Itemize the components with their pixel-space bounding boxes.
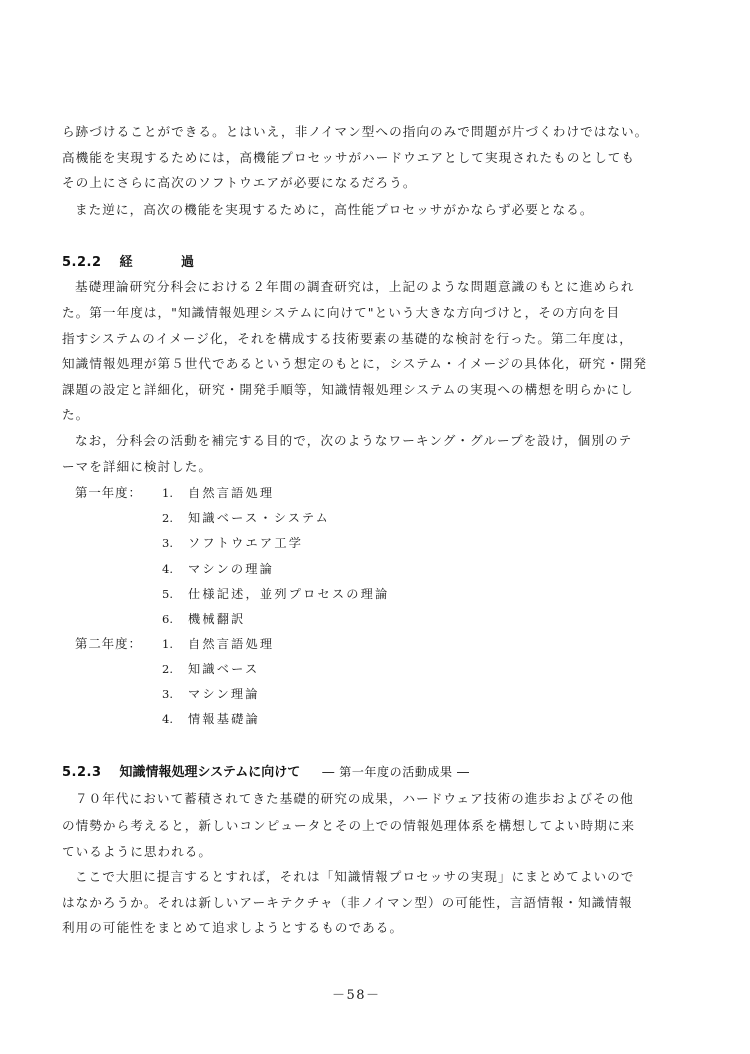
page-number: －58－ [332, 984, 381, 1003]
body-text-line: た。 [62, 407, 637, 423]
body-text-line: ーマを詳細に検討した。 [62, 459, 637, 475]
section-number: 5.2.2 [62, 255, 102, 270]
body-text-line: 課題の設定と詳細化，研究・開発手順等，知識情報処理システムの実現への構想を明らか… [62, 382, 637, 398]
body-text-line: ここで大胆に提言するとすれば，それは「知識情報プロセッサの実現」にまとめてよいの… [75, 869, 650, 885]
body-text-line: ら跡づけることができる。とはいえ，非ノイマン型への指向のみで問題が片づくわけでは… [62, 124, 637, 140]
body-text-line: 高機能を実現するためには，高機能プロセッサがハードウエアとして実現されたものとし… [62, 150, 637, 166]
body-text-line: なお，分科会の活動を補完する目的で，次のようなワーキング・グループを設け，個別の… [75, 433, 650, 449]
section-heading-523: 5.2.3知識情報処理システムに向けて― 第一年度の活動成果 ― [62, 764, 470, 781]
section-number: 5.2.3 [62, 765, 102, 780]
list-item: 2.知識ベース・システム [162, 510, 330, 526]
list-item: 2.知識ベース [162, 661, 259, 677]
body-text-line: た。第一年度は，"知識情報処理システムに向けて"という大きな方向づけと，その方向… [62, 305, 637, 321]
section-title: 経 過 [120, 255, 217, 270]
list-item: 5.仕様記述，並列プロセスの理論 [162, 586, 389, 602]
body-text-line: ７０年代において蓄積されてきた基礎的研究の成果，ハードウェア技術の進歩およびその… [75, 791, 650, 807]
section-heading-522: 5.2.2経 過 [62, 255, 216, 271]
list-item: 3.ソフトウエア工学 [162, 535, 303, 551]
section-subtitle: ― 第一年度の活動成果 ― [322, 765, 469, 779]
first-year-label: 第一年度： [75, 485, 142, 501]
list-item: 4.マシンの理論 [162, 561, 274, 577]
body-text-line: また逆に，高次の機能を実現するために，高性能プロセッサがかならず必要となる。 [75, 202, 650, 218]
body-text-line: 基礎理論研究分科会における２年間の調査研究は，上記のような問題意識のもとに進めら… [75, 279, 650, 295]
body-text-line: の情勢から考えると，新しいコンピュータとその上での情報処理体系を構想してよい時期… [62, 818, 637, 834]
list-item: 6.機械翻訳 [162, 611, 246, 627]
list-item: 1.自然言語処理 [162, 636, 274, 652]
body-text-line: 知識情報処理が第５世代であるという想定のもとに，システム・イメージの具体化，研究… [62, 356, 637, 372]
document-page: ら跡づけることができる。とはいえ，非ノイマン型への指向のみで問題が片づくわけでは… [0, 0, 750, 1054]
body-text-line: 利用の可能性をまとめて追求しようとするものである。 [62, 920, 637, 936]
body-text-line: 指すシステムのイメージ化，それを構成する技術要素の基礎的な検討を行った。第二年度… [62, 331, 637, 347]
body-text-line: ているように思われる。 [62, 844, 637, 860]
body-text-line: その上にさらに高次のソフトウエアが必要になるだろう。 [62, 175, 637, 191]
list-item: 3.マシン理論 [162, 686, 260, 702]
list-item: 1.自然言語処理 [162, 485, 274, 501]
body-text-line: はなかろうか。それは新しいアーキテクチャ（非ノイマン型）の可能性，言語情報・知識… [62, 895, 637, 911]
section-title: 知識情報処理システムに向けて [120, 765, 301, 780]
second-year-label: 第二年度： [75, 636, 142, 652]
list-item: 4.情報基礎論 [162, 711, 260, 727]
